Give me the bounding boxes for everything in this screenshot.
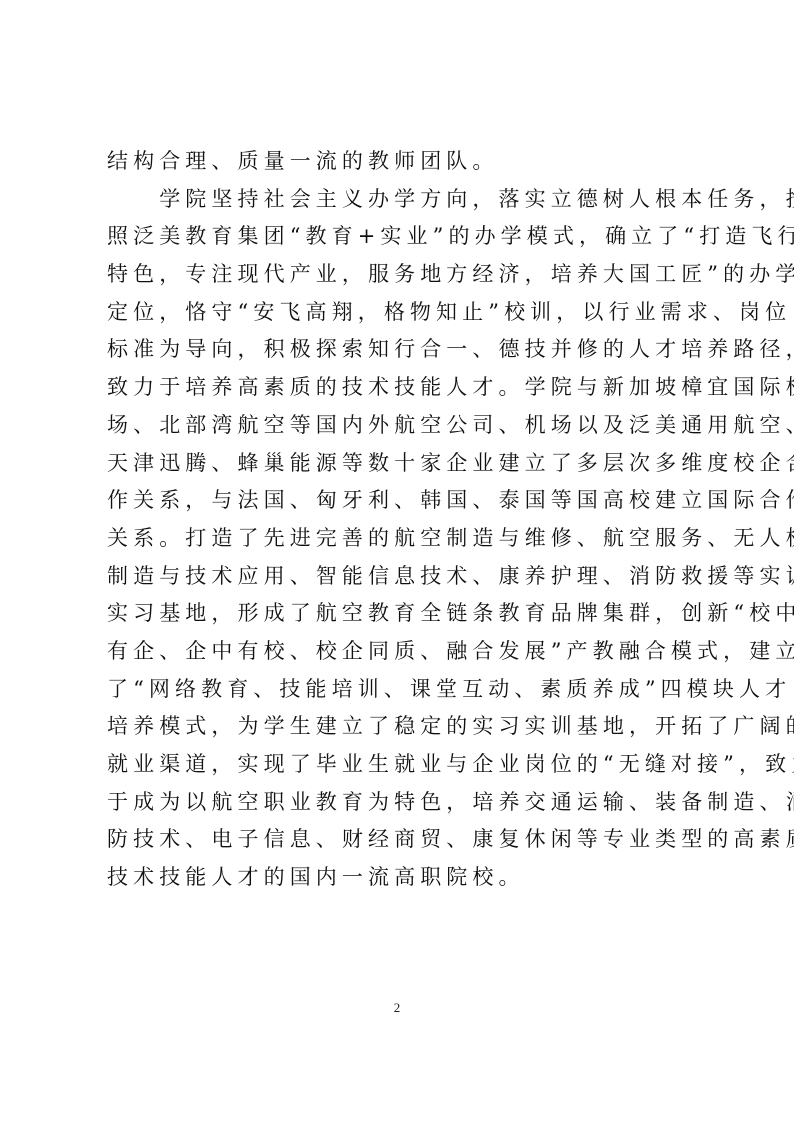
text-line: 制造与技术应用、智能信息技术、康养护理、消防救援等实训 [107,558,689,596]
text-line: 了“网络教育、技能培训、课堂互动、素质养成”四模块人才 [107,671,689,709]
text-line: 结构合理、质量一流的教师团队。 [107,143,689,181]
text-line: 于成为以航空职业教育为特色，培养交通运输、装备制造、消 [107,784,689,822]
text-line: 致力于培养高素质的技术技能人才。学院与新加坡樟宜国际机 [107,369,689,407]
text-line: 有企、企中有校、校企同质、融合发展”产教融合模式，建立 [107,633,689,671]
text-line: 学院坚持社会主义办学方向，落实立德树人根本任务，按 [107,181,689,219]
text-line: 作关系，与法国、匈牙利、韩国、泰国等国高校建立国际合作 [107,482,689,520]
text-line: 就业渠道，实现了毕业生就业与企业岗位的“无缝对接”，致力 [107,746,689,784]
text-line: 实习基地，形成了航空教育全链条教育品牌集群，创新“校中 [107,595,689,633]
text-line: 培养模式，为学生建立了稳定的实习实训基地，开拓了广阔的 [107,708,689,746]
page-number: 2 [0,1000,794,1016]
body-text: 结构合理、质量一流的教师团队。 学院坚持社会主义办学方向，落实立德树人根本任务，… [107,143,689,897]
document-page: 结构合理、质量一流的教师团队。 学院坚持社会主义办学方向，落实立德树人根本任务，… [0,0,794,1122]
text-line: 标准为导向，积极探索知行合一、德技并修的人才培养路径， [107,331,689,369]
text-line: 定位，恪守“安飞高翔，格物知止”校训，以行业需求、岗位 [107,294,689,332]
text-line: 防技术、电子信息、财经商贸、康复休闲等专业类型的高素质 [107,821,689,859]
text-line: 照泛美教育集团“教育+实业”的办学模式，确立了“打造飞行 [107,218,689,256]
text-line: 技术技能人才的国内一流高职院校。 [107,859,689,897]
text-line: 天津迅腾、蜂巢能源等数十家企业建立了多层次多维度校企合 [107,445,689,483]
text-line: 特色，专注现代产业，服务地方经济，培养大国工匠”的办学 [107,256,689,294]
text-line: 场、北部湾航空等国内外航空公司、机场以及泛美通用航空、 [107,407,689,445]
text-line: 关系。打造了先进完善的航空制造与维修、航空服务、无人机 [107,520,689,558]
